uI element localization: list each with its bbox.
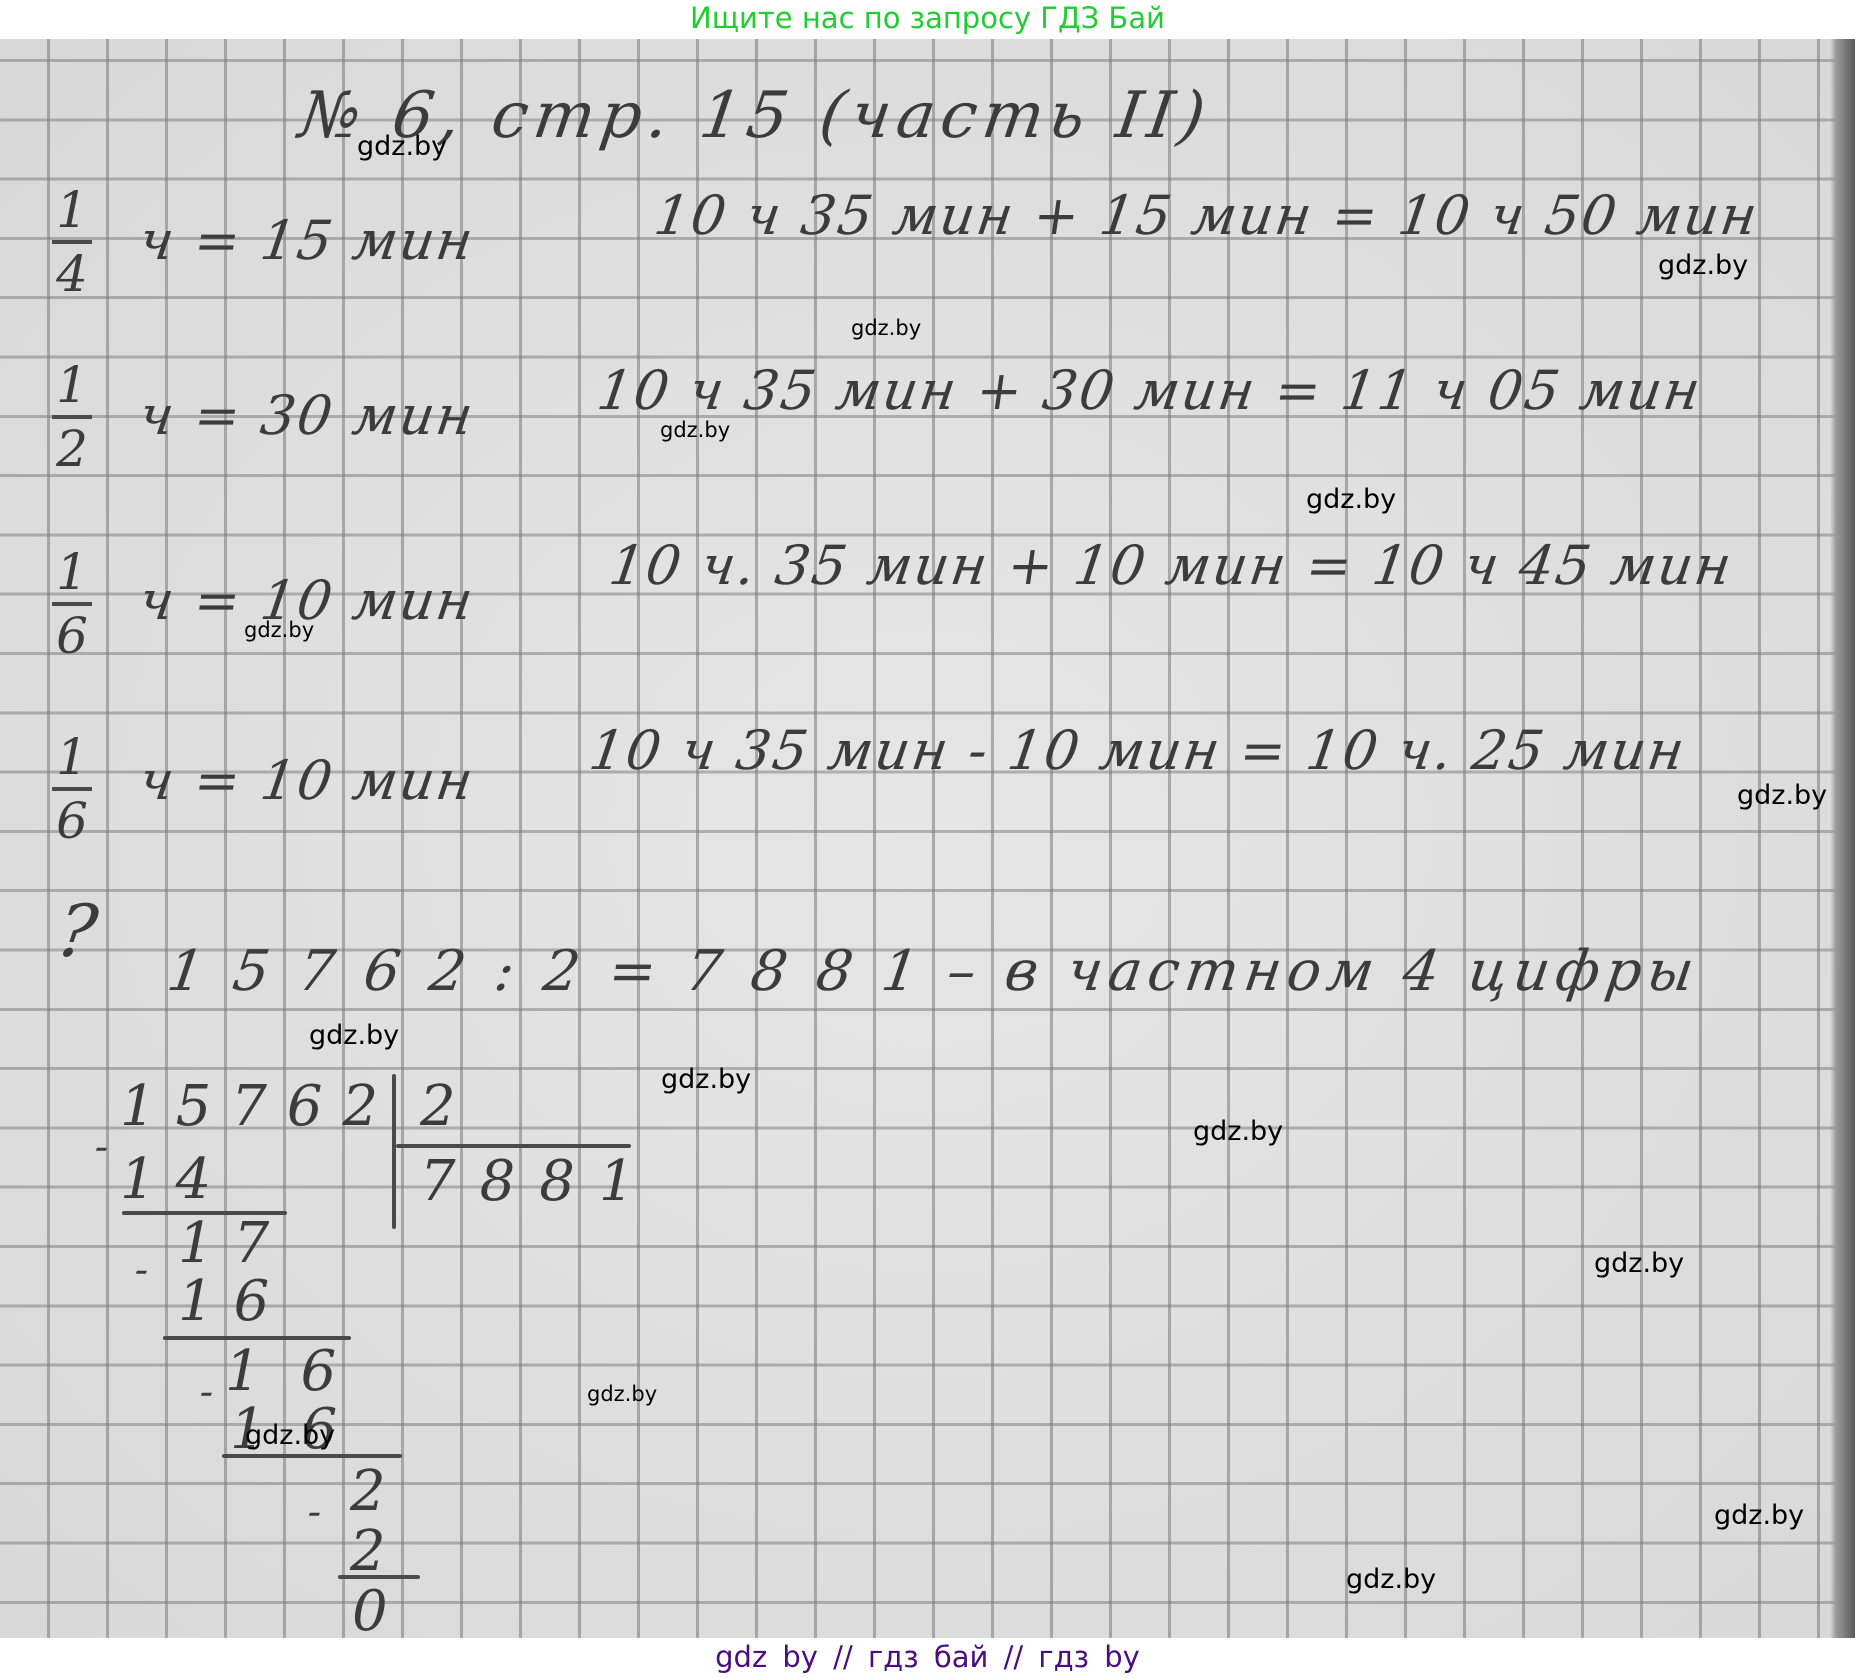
denominator: 2 [56,420,88,478]
equation-rhs: 10 ч 35 мин + 30 мин = 11 ч 05 мин [594,359,1706,422]
numerator: 1 [56,728,88,786]
watermark: gdz.by [1714,1501,1804,1531]
minus-sign: - [132,1247,154,1293]
fraction: 1 2 [52,357,92,477]
divisor: 2 [420,1074,476,1139]
equation-rhs: 10 ч 35 мин - 10 мин = 10 ч. 25 мин [586,719,1690,782]
fraction: 1 4 [52,182,92,302]
bottom-footer: gdz by // гдз бай // гдз by [0,1638,1855,1678]
question-statement: 1 5 7 6 2 : 2 = 7 8 8 1 – в частном 4 ци… [163,939,1703,1004]
footer-text: gdz by // гдз бай // гдз by [715,1640,1140,1674]
minus-sign: - [92,1124,114,1170]
subtrahend: 16 [178,1269,289,1334]
watermark: gdz.by [851,313,921,343]
notebook-page: № 6, стр. 15 (часть II) 1 4 ч = 15 мин 1… [0,39,1855,1638]
subtrahend: 14 [120,1147,231,1212]
question-mark: ? [52,889,104,973]
watermark: gdz.by [1193,1117,1283,1147]
minus-sign: - [305,1489,327,1535]
dividend: 15762 [120,1074,398,1139]
partial: 17 [178,1211,289,1276]
denominator: 6 [56,607,88,665]
top-banner: Ищите нас по запросу ГДЗ Бай [0,0,1855,39]
watermark: gdz.by [245,1421,335,1451]
watermark: gdz.by [357,132,447,162]
watermark: gdz.by [660,415,730,445]
watermark: gdz.by [244,615,314,645]
step-line [222,1454,402,1458]
equation-rhs: 10 ч 35 мин + 15 мин = 10 ч 50 мин [651,184,1763,247]
watermark: gdz.by [1346,1565,1436,1595]
fraction: 1 6 [52,729,92,849]
watermark: gdz.by [587,1379,657,1409]
watermark: gdz.by [1658,251,1748,281]
watermark: gdz.by [1306,485,1396,515]
quotient: 7881 [420,1149,659,1214]
watermark: gdz.by [1737,781,1827,811]
equation-lhs: ч = 10 мин [136,749,479,812]
equation-lhs: ч = 30 мин [136,384,479,447]
remainder: 0 [352,1579,408,1638]
watermark: gdz.by [309,1021,399,1051]
minus-sign: - [197,1369,219,1415]
numerator: 1 [56,181,88,239]
fraction-bar [52,602,92,606]
watermark: gdz.by [661,1065,751,1095]
denominator: 4 [56,245,88,303]
numerator: 1 [56,543,88,601]
partial: 16 [225,1339,376,1404]
partial: 2 [350,1459,406,1524]
denominator: 6 [56,792,88,850]
numerator: 1 [56,356,88,414]
fraction-bar [52,787,92,791]
watermark: gdz.by [1594,1249,1684,1279]
quotient-line [396,1144,631,1148]
equation-rhs: 10 ч. 35 мин + 10 мин = 10 ч 45 мин [606,534,1737,597]
equation-lhs: ч = 15 мин [136,209,479,272]
fraction-bar [52,240,92,244]
fraction: 1 6 [52,544,92,664]
banner-text: Ищите нас по запросу ГДЗ Бай [690,1,1165,35]
division-bracket [392,1074,396,1229]
fraction-bar [52,415,92,419]
